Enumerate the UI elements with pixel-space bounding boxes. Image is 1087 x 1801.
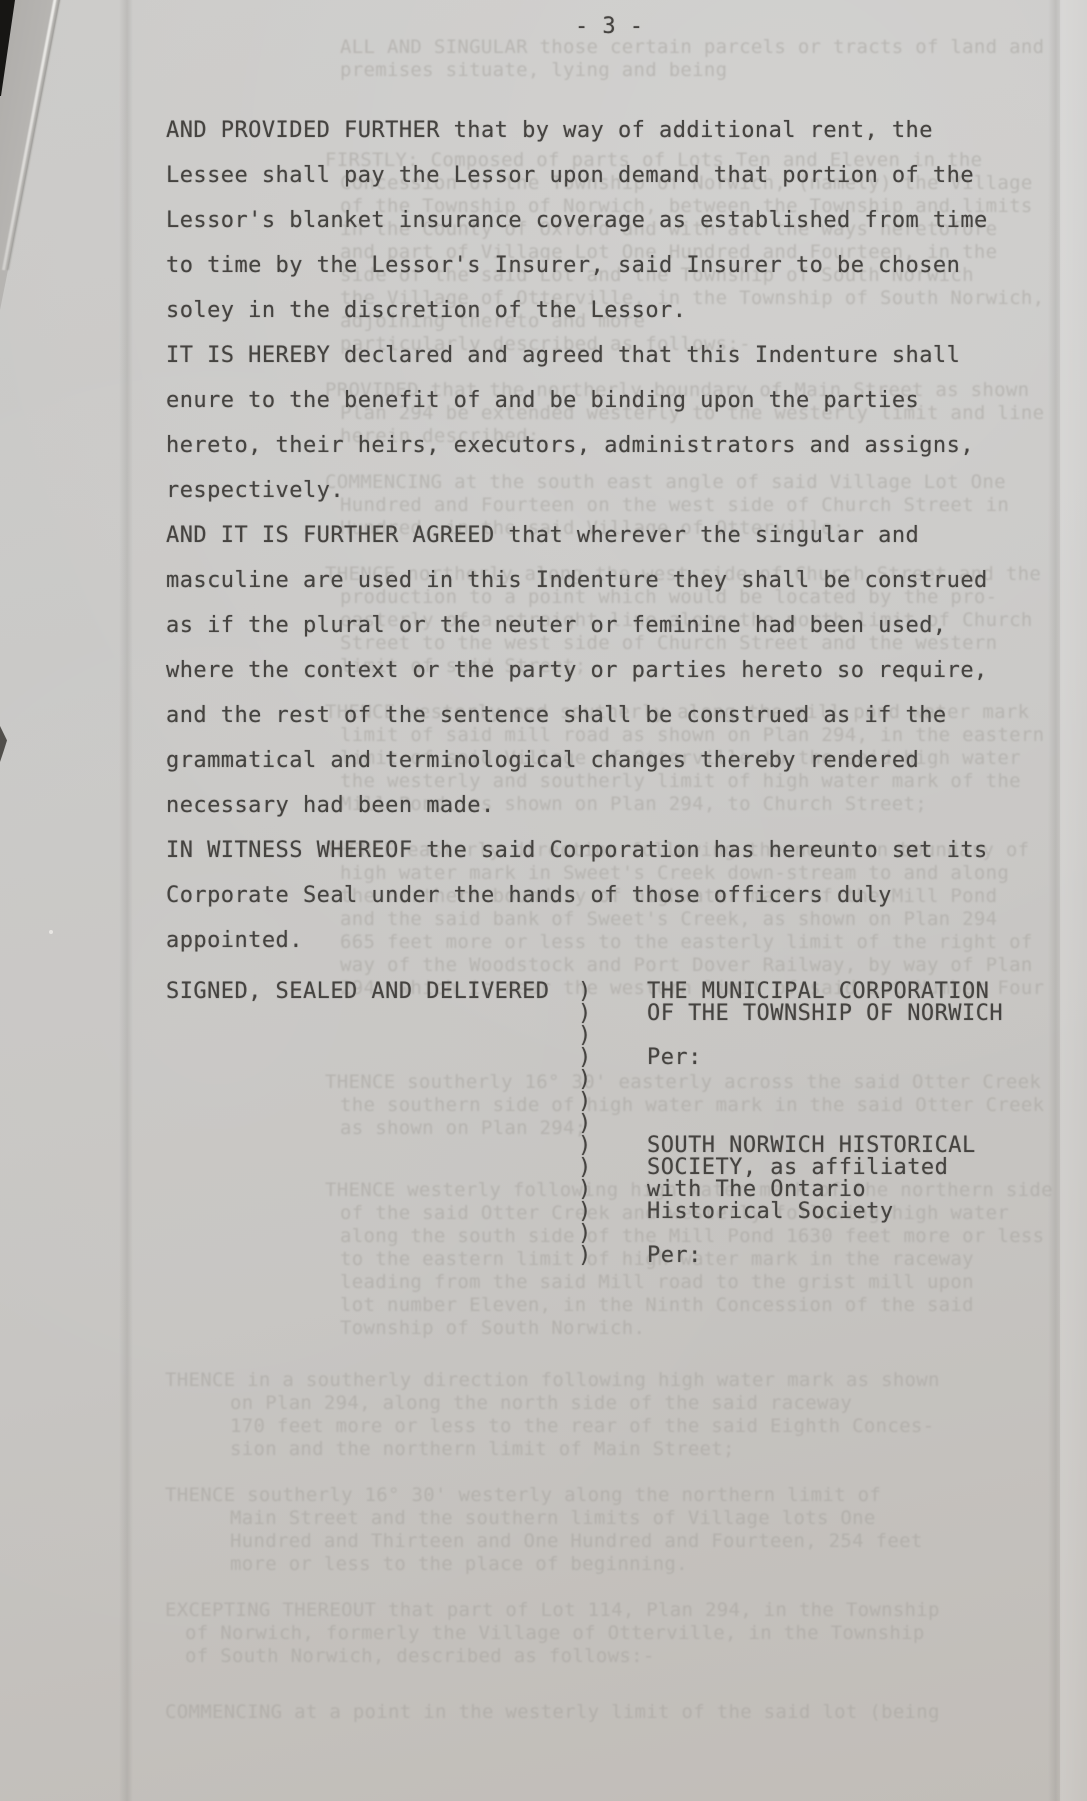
- party1-name-line: OF THE TOWNSHIP OF NORWICH: [647, 1001, 1003, 1027]
- bracket-glyph: ): [578, 1243, 592, 1269]
- party1-per-label: Per:: [647, 1045, 702, 1071]
- party2-name-line: Historical Society: [647, 1199, 894, 1225]
- signature-block: SIGNED, SEALED AND DELIVERED))))))))))))…: [0, 0, 1087, 1801]
- signed-sealed-delivered-label: SIGNED, SEALED AND DELIVERED: [166, 979, 549, 1005]
- party2-per-label: Per:: [647, 1243, 702, 1269]
- scanned-document-page: ALL AND SINGULAR those certain parcels o…: [0, 0, 1087, 1801]
